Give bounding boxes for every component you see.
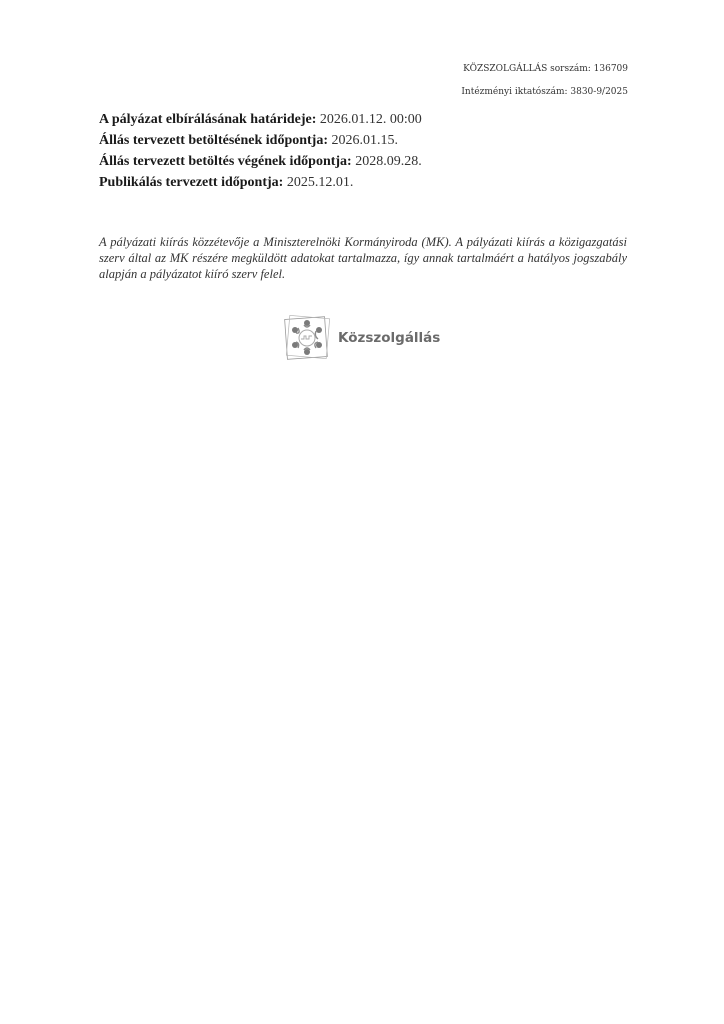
filing-number: Intézményi iktatószám: 3830-9/2025 [461,87,628,97]
logo-text: Közszolgállás [338,330,440,346]
field-label: Állás tervezett betöltés végének időpont… [99,154,352,169]
deadline-fields: A pályázat elbírálásának határideje: 202… [99,109,422,193]
field-value: 2026.01.12. 00:00 [320,112,422,127]
document-page: KÖZSZOLGÁLLÁS sorszám: 136709 Intézményi… [0,0,724,1024]
field-label: Állás tervezett betöltésének időpontja: [99,133,328,148]
field-value: 2026.01.15. [332,133,399,148]
serial-number: KÖZSZOLGÁLLÁS sorszám: 136709 [463,64,628,74]
field-label: Publikálás tervezett időpontja: [99,175,283,190]
kozszolgalas-logo: Közszolgállás [282,312,440,364]
field-publication-date: Publikálás tervezett időpontja: 2025.12.… [99,172,422,193]
field-value: 2028.09.28. [355,154,422,169]
kozszolgalas-flower-logo-icon [282,313,332,363]
field-planned-start: Állás tervezett betöltésének időpontja: … [99,130,422,151]
publisher-disclaimer: A pályázati kiírás közzétevője a Miniszt… [99,234,627,282]
field-label: A pályázat elbírálásának határideje: [99,112,316,127]
field-evaluation-deadline: A pályázat elbírálásának határideje: 202… [99,109,422,130]
field-planned-end: Állás tervezett betöltés végének időpont… [99,151,422,172]
field-value: 2025.12.01. [287,175,354,190]
